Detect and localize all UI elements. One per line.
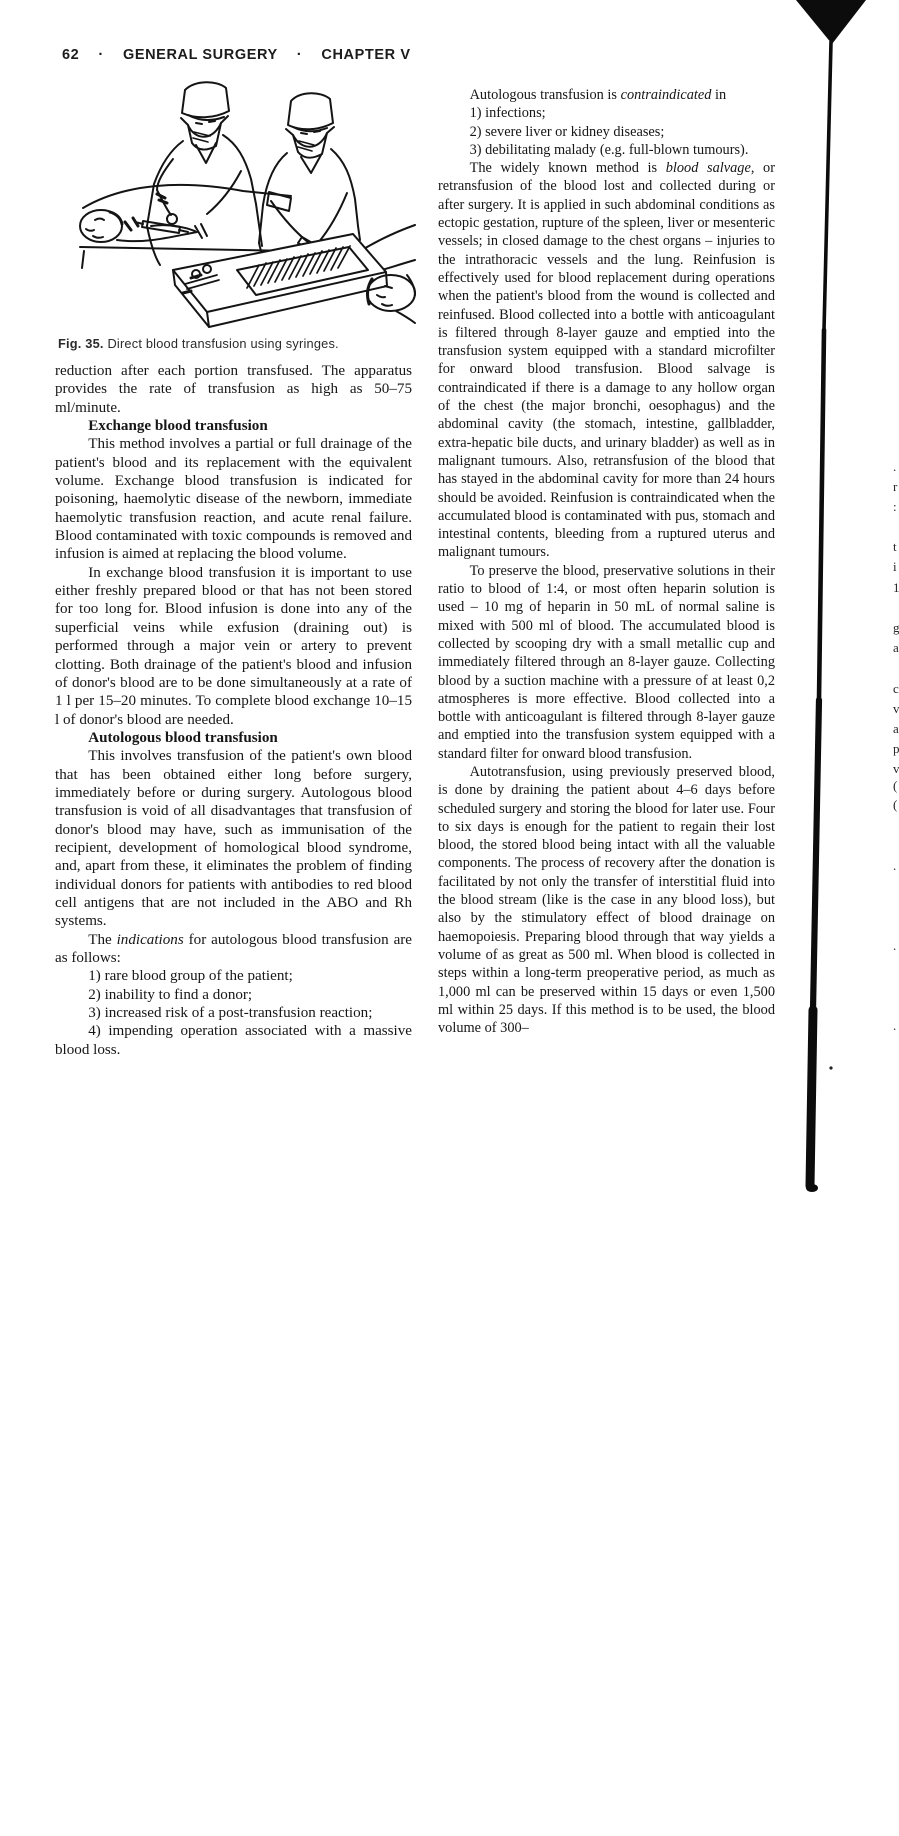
edge-fragment: i xyxy=(893,561,899,573)
paragraph: The widely known method is blood salvage… xyxy=(438,159,775,562)
paragraph: 1) rare blood group of the patient; xyxy=(55,967,412,985)
edge-fragment: v xyxy=(893,763,899,775)
section-heading: Exchange blood transfusion xyxy=(55,417,412,435)
paragraph: Autologous transfusion is contraindicate… xyxy=(438,86,775,104)
edge-fragment: v xyxy=(893,703,899,715)
edge-fragment: ( xyxy=(893,799,899,811)
edge-fragment: p xyxy=(893,743,899,755)
section-heading: Autologous blood transfusion xyxy=(55,729,412,747)
paragraph: In exchange blood transfusion it is impo… xyxy=(55,564,412,729)
right-column: Autologous transfusion is contraindicate… xyxy=(438,86,775,1037)
transfusion-drawing xyxy=(55,74,417,332)
edge-fragment: a xyxy=(893,642,899,654)
chapter-label: CHAPTER V xyxy=(321,47,410,63)
paragraph: Autotransfusion, using previously preser… xyxy=(438,763,775,1037)
caption-label: Fig. 35. xyxy=(58,336,104,351)
edge-fragment: . xyxy=(893,1020,899,1032)
edge-fragment: g xyxy=(893,622,899,634)
edge-fragment: ( xyxy=(893,780,899,792)
paragraph: 2) inability to find a donor; xyxy=(55,986,412,1004)
edge-fragment: c xyxy=(893,683,899,695)
paragraph: This involves transfusion of the patient… xyxy=(55,747,412,930)
separator-dot: · xyxy=(98,47,104,62)
edge-fragment: . xyxy=(893,940,899,952)
book-title: GENERAL SURGERY xyxy=(123,47,278,63)
separator-dot: · xyxy=(297,47,303,62)
paragraph: 3) debilitating malady (e.g. full-blown … xyxy=(438,141,775,159)
figure-illustration xyxy=(55,74,417,332)
page-number: 62 xyxy=(62,47,79,63)
edge-fragment: 1 xyxy=(893,582,899,594)
edge-fragment: . xyxy=(893,461,899,473)
page-header: 62 · GENERAL SURGERY · CHAPTER V xyxy=(62,47,411,63)
edge-fragment: . xyxy=(893,860,899,872)
paragraph: The indications for autologous blood tra… xyxy=(55,931,412,968)
paragraph: 2) severe liver or kidney diseases; xyxy=(438,123,775,141)
paragraph: reduction after each portion transfused.… xyxy=(55,362,412,417)
left-column: reduction after each portion transfused.… xyxy=(55,362,412,1059)
paragraph: 4) impending operation associated with a… xyxy=(55,1022,412,1059)
paragraph: 3) increased risk of a post-transfusion … xyxy=(55,1004,412,1022)
edge-fragment: : xyxy=(893,501,899,513)
scanned-book-page: { "header": { "page_number": "62", "sepa… xyxy=(0,0,899,1836)
paragraph: This method involves a partial or full d… xyxy=(55,435,412,563)
edge-fragment: t xyxy=(893,541,899,553)
edge-fragment: a xyxy=(893,723,899,735)
figure-caption: Fig. 35. Direct blood transfusion using … xyxy=(58,336,438,351)
paragraph: To preserve the blood, preservative solu… xyxy=(438,562,775,763)
caption-text: Direct blood transfusion using syringes. xyxy=(107,336,338,351)
edge-fragment: r xyxy=(893,481,899,493)
paragraph: 1) infections; xyxy=(438,104,775,122)
